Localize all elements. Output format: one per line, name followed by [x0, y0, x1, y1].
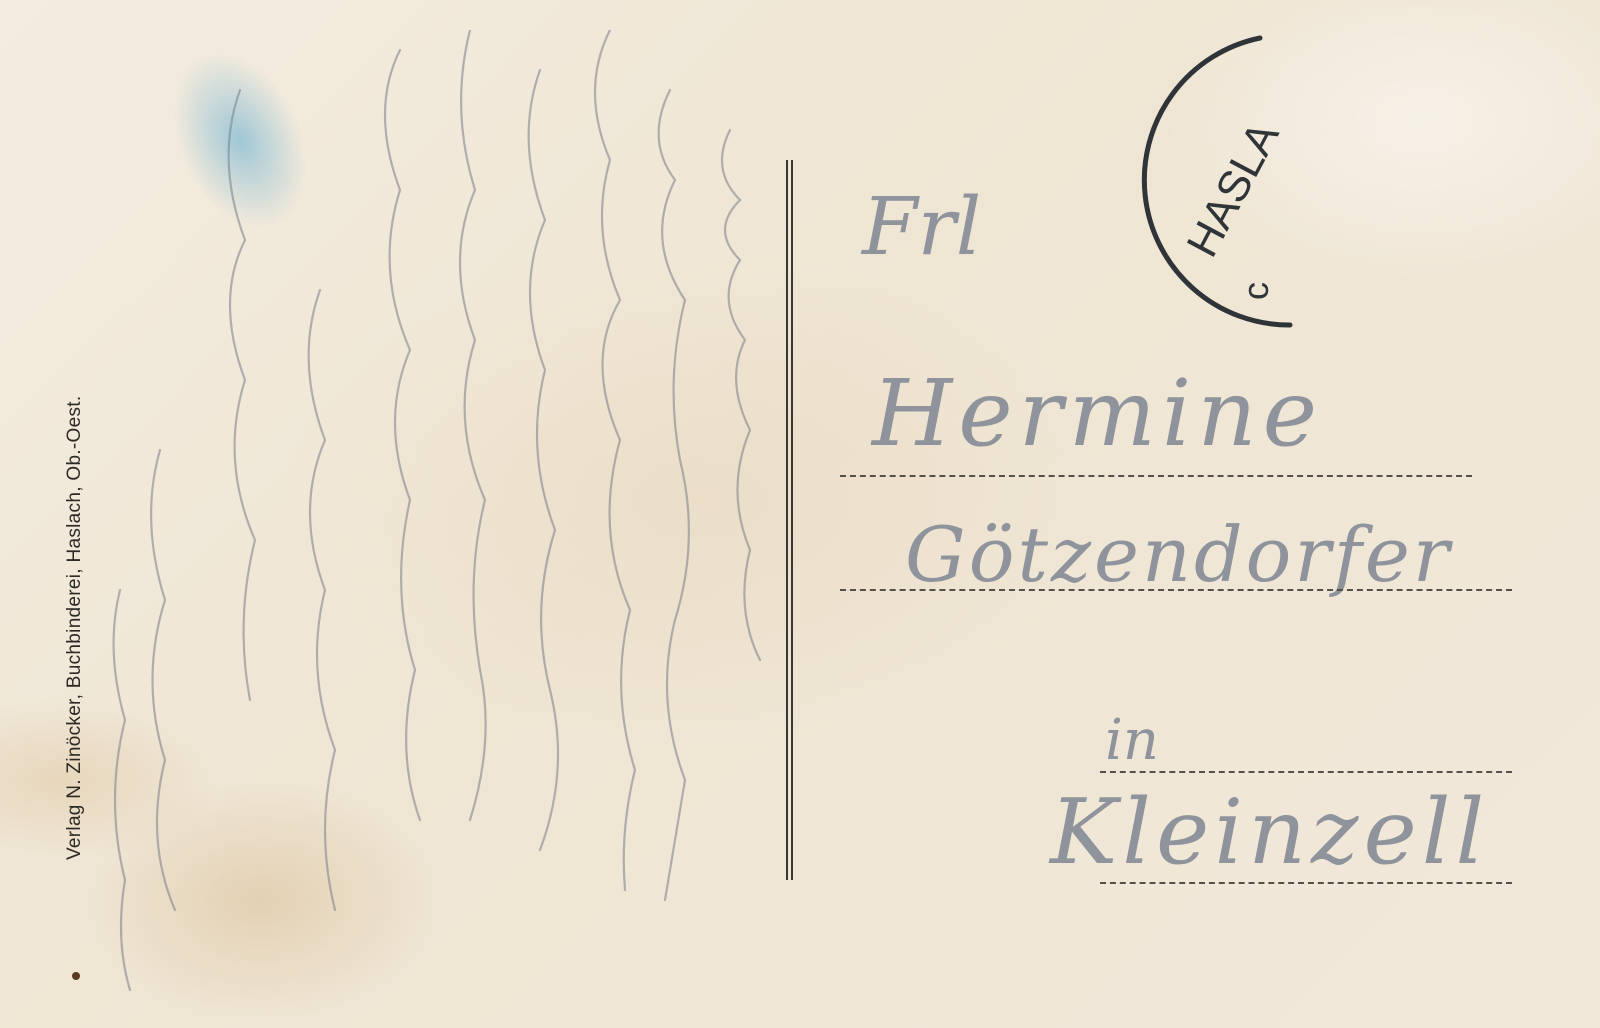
- handwritten-message: [90, 30, 770, 1010]
- message-address-divider: [786, 160, 793, 880]
- postmark-stamp: HASLA c: [1130, 30, 1430, 330]
- address-salutation: Frl: [862, 180, 981, 273]
- address-line-3: [1100, 771, 1512, 773]
- paper-blemish: [72, 972, 80, 980]
- address-line-2: [840, 589, 1512, 591]
- address-first-name: Hermine: [872, 360, 1323, 467]
- address-line-4: [1100, 882, 1512, 884]
- postcard-back: Verlag N. Zinöcker, Buchbinderei, Haslac…: [0, 0, 1600, 1028]
- publisher-imprint: Verlag N. Zinöcker, Buchbinderei, Haslac…: [64, 396, 86, 860]
- address-surname: Götzendorfer: [905, 510, 1452, 599]
- postmark-mark: c: [1235, 282, 1276, 300]
- address-preposition: in: [1105, 708, 1159, 773]
- address-place: Kleinzell: [1050, 780, 1489, 885]
- handwriting-strokes: [90, 30, 770, 1010]
- address-line-1: [840, 475, 1472, 477]
- postmark-town: HASLA: [1178, 114, 1289, 265]
